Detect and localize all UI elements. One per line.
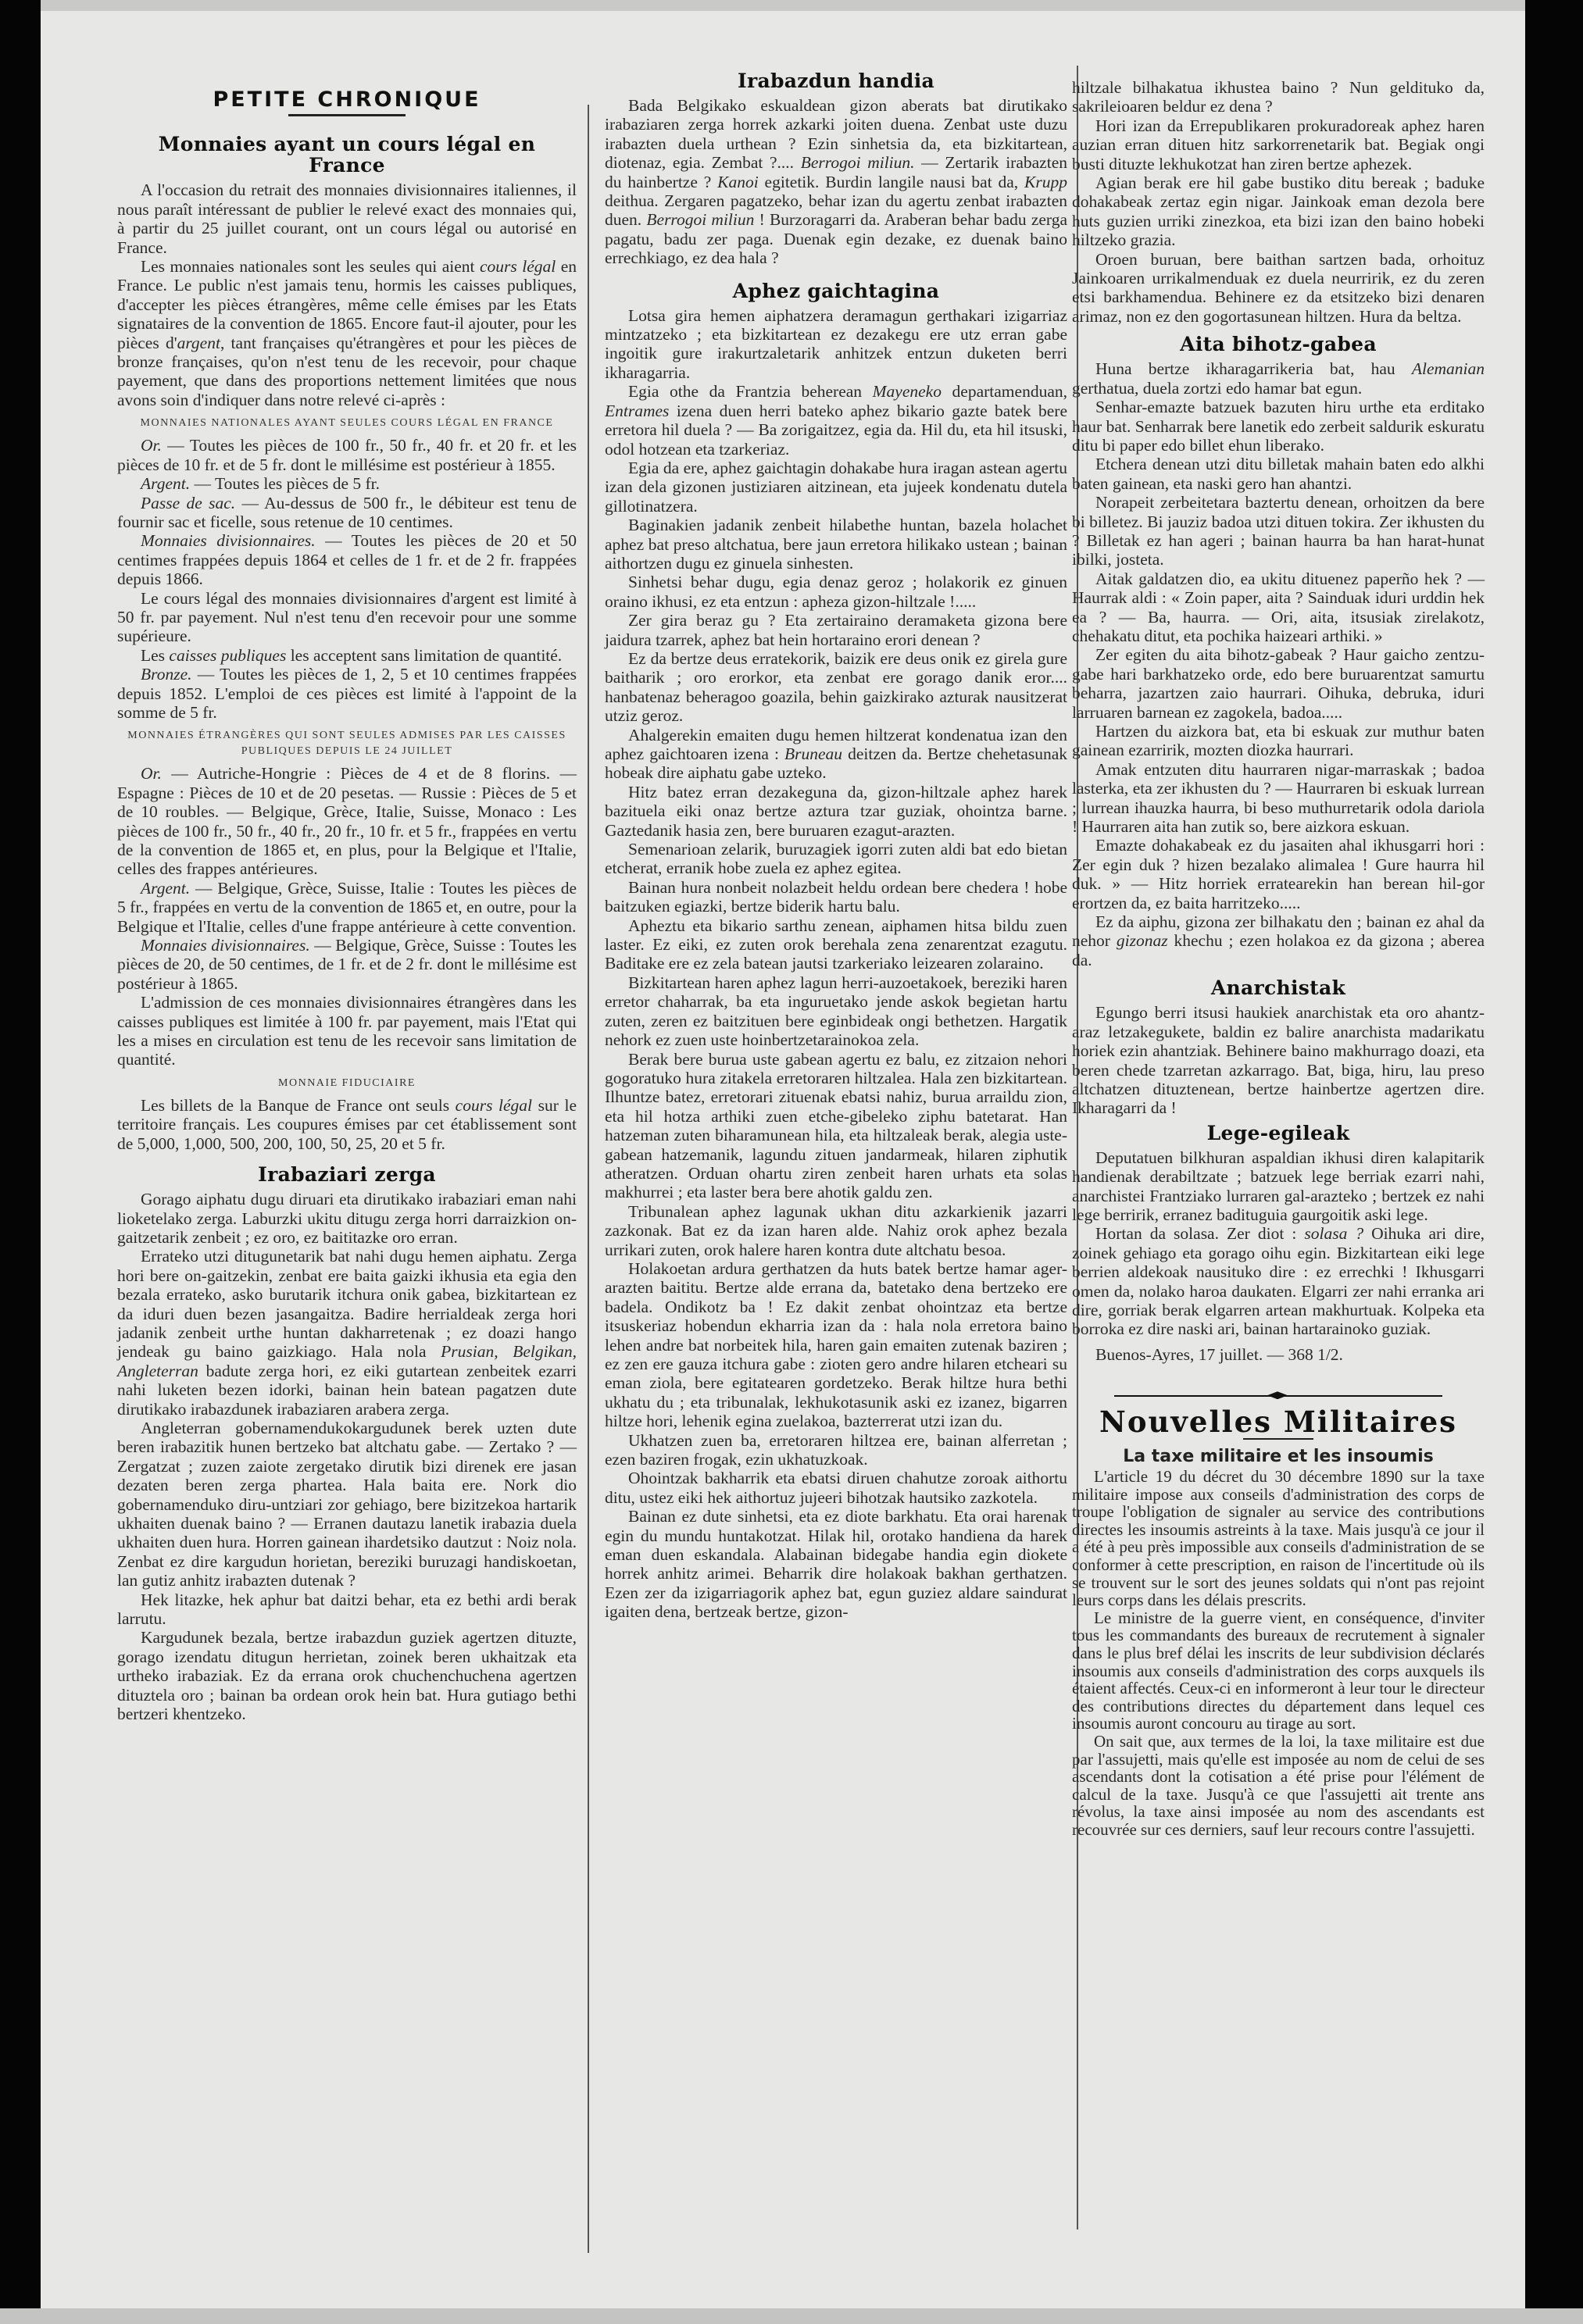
paragraph: Lotsa gira hemen aiphatzera deramagun ge…: [605, 306, 1067, 383]
paragraph: Hartzen du aizkora bat, eta bi eskuak zu…: [1072, 722, 1485, 760]
subsection-heading: Monnaie fiduciaire: [117, 1076, 577, 1091]
paragraph: Baginakien jadanik zenbeit hilabethe hun…: [605, 516, 1067, 573]
article-body: Bada Belgikako eskualdean gizon aberats …: [605, 96, 1067, 268]
column-3: hiltzale bilhakatua ikhustea baino ? Nun…: [1072, 78, 1485, 1838]
paragraph: Bizkitartean haren aphez lagun herri-auz…: [605, 973, 1067, 1050]
paragraph: hiltzale bilhakatua ikhustea baino ? Nun…: [1072, 78, 1485, 116]
paragraph: Les billets de la Banque de France ont s…: [117, 1096, 577, 1153]
paragraph: Monnaies divisionnaires. — Belgique, Grè…: [117, 936, 577, 993]
paragraph: Sinhetsi behar dugu, egia denaz geroz ; …: [605, 573, 1067, 611]
subsection-heading: Monnaies nationales ayant seules cours l…: [117, 416, 577, 431]
article-title: Irabazdun handia: [605, 70, 1067, 91]
paragraph: Bronze. — Toutes les pièces de 1, 2, 5 e…: [117, 665, 577, 722]
article-body: Deputatuen bilkhuran aspaldian ikhusi di…: [1072, 1148, 1485, 1339]
paragraph: Argent. — Toutes les pièces de 5 fr.: [117, 474, 577, 493]
article-title: Irabaziari zerga: [117, 1164, 577, 1185]
article-body: Les billets de la Banque de France ont s…: [117, 1096, 577, 1153]
article-body: A l'occasion du retrait des monnaies div…: [117, 180, 577, 409]
article-title: Lege-egileak: [1072, 1123, 1485, 1144]
article-body: Huna bertze ikharagarrikeria bat, hau Al…: [1072, 359, 1485, 969]
scan-edge-top: [41, 0, 1525, 11]
paragraph: Ez da aiphu, gizona zer bilhakatu den ; …: [1072, 912, 1485, 969]
paragraph: Tribunalean aphez lagunak ukhan ditu azk…: [605, 1202, 1067, 1259]
article-title: Aita bihotz-gabea: [1072, 334, 1485, 355]
dateline-signature: Buenos-Ayres, 17 juillet. — 368 1/2.: [1072, 1345, 1485, 1364]
paragraph: Zer gira beraz gu ? Eta zertairaino dera…: [605, 611, 1067, 649]
newspaper-page: PETITE CHRONIQUE Monnaies ayant un cours…: [41, 11, 1525, 2308]
paragraph: Amak entzuten ditu haurraren nigar-marra…: [1072, 760, 1485, 837]
title-rule: [288, 114, 406, 116]
column-2: Irabazdun handia Bada Belgikako eskualde…: [605, 66, 1067, 1622]
paragraph: Etchera denean utzi ditu billetak mahain…: [1072, 455, 1485, 493]
scan-edge-right: [1525, 0, 1583, 2324]
paragraph: Zer egiten du aita bihotz-gabeak ? Haur …: [1072, 645, 1485, 722]
paragraph: Les caisses publiques les acceptent sans…: [117, 646, 577, 665]
article-body: Or. — Autriche-Hongrie : Pièces de 4 et …: [117, 764, 577, 1069]
paragraph: L'admission de ces monnaies divisionnair…: [117, 993, 577, 1069]
paragraph: Bada Belgikako eskualdean gizon aberats …: [605, 96, 1067, 268]
paragraph: Bainan ez dute sinhetsi, eta ez diote ba…: [605, 1507, 1067, 1621]
paragraph: Agian berak ere hil gabe bustiko ditu be…: [1072, 173, 1485, 250]
paragraph: Ahalgerekin emaiten dugu hemen hiltzerat…: [605, 726, 1067, 783]
paragraph: Oroen buruan, bere baithan sartzen bada,…: [1072, 250, 1485, 327]
paragraph: Ez da bertze deus erratekorik, baizik er…: [605, 649, 1067, 726]
paragraph: Senhar-emazte batzuek bazuten hiru urthe…: [1072, 398, 1485, 455]
section-title: Nouvelles Militaires: [1072, 1412, 1485, 1431]
paragraph: Aitak galdatzen dio, ea ukitu dituenez p…: [1072, 569, 1485, 646]
paragraph: Les monnaies nationales sont les seules …: [117, 257, 577, 409]
paragraph: Semenarioan zelarik, buruzagiek igorri z…: [605, 840, 1067, 878]
paragraph: Holakoetan ardura gerthatzen da huts bat…: [605, 1259, 1067, 1431]
article-body: Lotsa gira hemen aiphatzera deramagun ge…: [605, 306, 1067, 1622]
column-1: PETITE CHRONIQUE Monnaies ayant un cours…: [117, 67, 577, 1723]
paragraph: Hitz batez erran dezakeguna da, gizon-hi…: [605, 783, 1067, 840]
section-title: PETITE CHRONIQUE: [117, 91, 577, 109]
paragraph: Huna bertze ikharagarrikeria bat, hau Al…: [1072, 359, 1485, 398]
paragraph: Bainan hura nonbeit nolazbeit heldu orde…: [605, 878, 1067, 916]
paragraph: On sait que, aux termes de la loi, la ta…: [1072, 1733, 1485, 1839]
scan-edge-bottom: [0, 2308, 1583, 2324]
paragraph: Passe de sac. — Au-dessus de 500 fr., le…: [117, 494, 577, 532]
paragraph: Le ministre de la guerre vient, en consé…: [1072, 1609, 1485, 1733]
article-title: Monnaies ayant un cours légal en France: [117, 134, 577, 176]
article-title: Anarchistak: [1072, 977, 1485, 998]
paragraph: Emazte dohakabeak ez du jasaiten ahal ik…: [1072, 836, 1485, 912]
article-body: L'article 19 du décret du 30 décembre 18…: [1072, 1468, 1485, 1838]
paragraph: L'article 19 du décret du 30 décembre 18…: [1072, 1468, 1485, 1609]
paragraph: Angleterran gobernamendukokargudunek ber…: [117, 1419, 577, 1590]
paragraph: A l'occasion du retrait des monnaies div…: [117, 180, 577, 257]
paragraph: Egungo berri itsusi haukiek anarchistak …: [1072, 1003, 1485, 1117]
paragraph: Deputatuen bilkhuran aspaldian ikhusi di…: [1072, 1148, 1485, 1225]
paragraph: Or. — Toutes les pièces de 100 fr., 50 f…: [117, 436, 577, 474]
paragraph: Egia da ere, aphez gaichtagin dohakabe h…: [605, 459, 1067, 516]
paragraph: Ukhatzen zuen ba, erretoraren hiltzea er…: [605, 1431, 1067, 1469]
paragraph: Ohointzak bakharrik eta ebatsi diruen ch…: [605, 1469, 1067, 1507]
paragraph: Berak bere burua uste gabean agertu ez b…: [605, 1050, 1067, 1202]
article-body: Egungo berri itsusi haukiek anarchistak …: [1072, 1003, 1485, 1117]
column-divider: [588, 105, 589, 2253]
article-continuation: hiltzale bilhakatua ikhustea baino ? Nun…: [1072, 78, 1485, 326]
paragraph: Monnaies divisionnaires. — Toutes les pi…: [117, 531, 577, 588]
article-body: Gorago aiphatu dugu diruari eta dirutika…: [117, 1190, 577, 1723]
paragraph: Kargudunek bezala, bertze irabazdun guzi…: [117, 1628, 577, 1723]
paragraph: Argent. — Belgique, Grèce, Suisse, Itali…: [117, 879, 577, 936]
paragraph: Le cours légal des monnaies divisionnair…: [117, 589, 577, 646]
scan-edge-left: [0, 0, 41, 2324]
article-title: Aphez gaichtagina: [605, 280, 1067, 302]
paragraph: Norapeit zerbeitetara baztertu denean, o…: [1072, 493, 1485, 569]
paragraph: Hek litazke, hek aphur bat daitzi behar,…: [117, 1590, 577, 1629]
paragraph: Hori izan da Errepublikaren prokuradorea…: [1072, 116, 1485, 173]
paragraph: Hortan da solasa. Zer diot : solasa ? Oi…: [1072, 1224, 1485, 1338]
paragraph: Gorago aiphatu dugu diruari eta dirutika…: [117, 1190, 577, 1247]
paragraph: Egia othe da Frantzia beherean Mayeneko …: [605, 382, 1067, 459]
article-title: La taxe militaire et les insoumis: [1072, 1448, 1485, 1466]
paragraph: Or. — Autriche-Hongrie : Pièces de 4 et …: [117, 764, 577, 878]
ornamental-rule: [1114, 1390, 1442, 1401]
subsection-heading: Monnaies étrangères qui sont seules admi…: [117, 728, 577, 759]
article-body: Or. — Toutes les pièces de 100 fr., 50 f…: [117, 436, 577, 722]
paragraph: Apheztu eta bikario sarthu zenean, aipha…: [605, 916, 1067, 973]
paragraph: Errateko utzi ditugunetarik bat nahi dug…: [117, 1247, 577, 1419]
